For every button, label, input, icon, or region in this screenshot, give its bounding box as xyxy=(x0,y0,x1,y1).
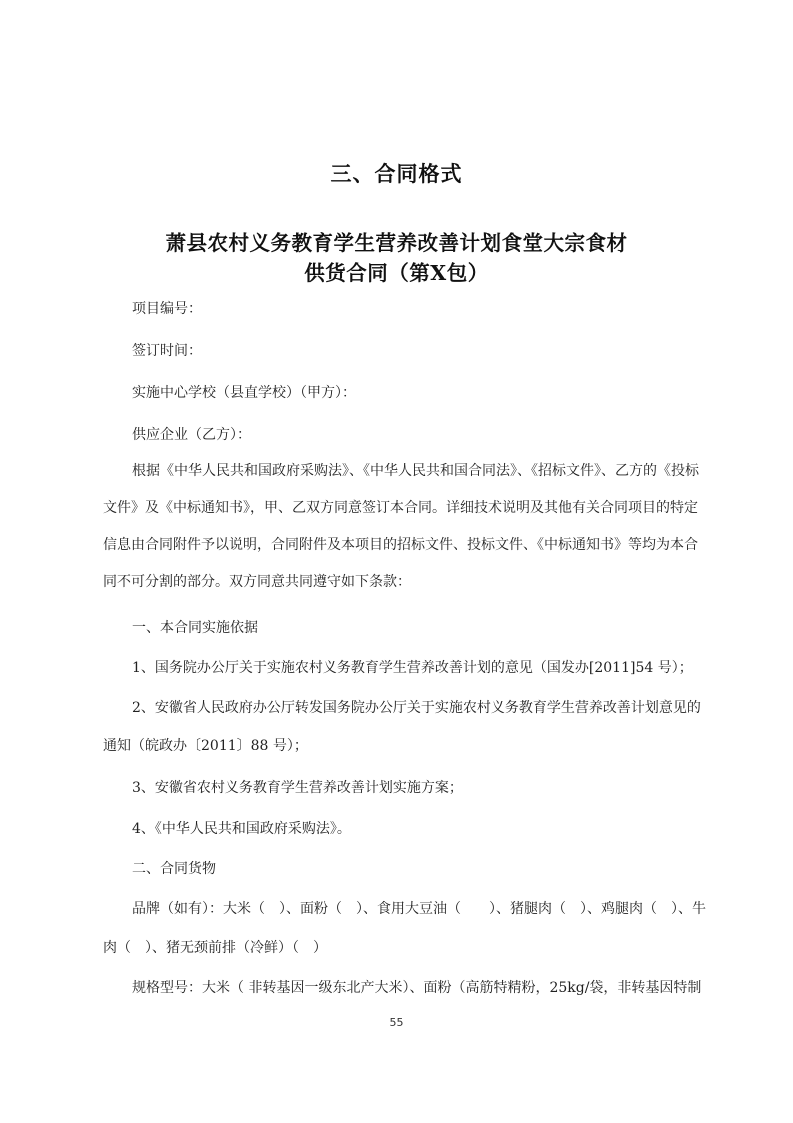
contract-title-line1: 萧县农村义务教育学生营养改善计划食堂大宗食材 xyxy=(0,226,793,256)
page-number: 55 xyxy=(0,1016,793,1029)
section1-item-1: 1、国务院办公厅关于实施农村义务教育学生营养改善计划的意见（国发办[2011]5… xyxy=(132,657,693,677)
party-b-field: 供应企业（乙方）： xyxy=(132,424,251,444)
party-a-field: 实施中心学校（县直学校）（甲方）： xyxy=(132,382,356,402)
brand-line-2: 肉（ ）、猪无颈前排（冷鲜）（ ） xyxy=(103,937,327,957)
document-page: 三、合同格式 萧县农村义务教育学生营养改善计划食堂大宗食材 供货合同（第X包） … xyxy=(0,0,793,1123)
preamble-line-3: 信息由合同附件予以说明，合同附件及本项目的招标文件、投标文件、《中标通知书》等均… xyxy=(103,534,697,554)
section-heading: 三、合同格式 xyxy=(0,158,793,188)
spec-line-1: 规格型号：大米（ 非转基因一级东北产大米）、面粉（高筋特精粉，25kg/袋，非转… xyxy=(132,977,697,997)
preamble-line-1: 根据《中华人民共和国政府采购法》、《中华人民共和国合同法》、《招标文件》、乙方的… xyxy=(132,460,697,480)
section1-item-4: 4、《中华人民共和国政府采购法》。 xyxy=(132,818,351,838)
preamble-line-2: 文件》及《中标通知书》，甲、乙双方同意签订本合同。详细技术说明及其他有关合同项目… xyxy=(103,497,697,517)
section1-title: 一、本合同实施依据 xyxy=(132,617,258,637)
section1-item-2-line1: 2、安徽省人民政府办公厅转发国务院办公厅关于实施农村义务教育学生营养改善计划意见… xyxy=(132,697,697,717)
preamble-line-4: 同不可分割的部分。双方同意共同遵守如下条款： xyxy=(103,571,411,591)
project-number-field: 项目编号： xyxy=(132,298,202,318)
section1-item-3: 3、安徽省农村义务教育学生营养改善计划实施方案； xyxy=(132,777,463,797)
section2-title: 二、合同货物 xyxy=(132,858,216,878)
section1-item-2-line2: 通知（皖政办〔2011〕88 号）； xyxy=(103,735,308,755)
brand-line-1: 品牌（如有）：大米（ ）、面粉（ ）、食用大豆油（ ）、猪腿肉（ ）、鸡腿肉（ … xyxy=(132,898,697,918)
contract-title-line2: 供货合同（第X包） xyxy=(0,256,793,286)
sign-time-field: 签订时间： xyxy=(132,340,202,360)
